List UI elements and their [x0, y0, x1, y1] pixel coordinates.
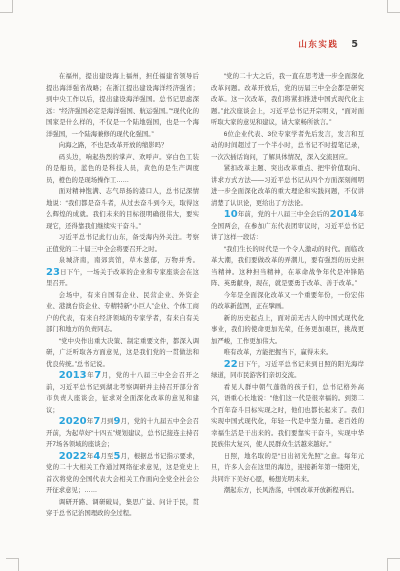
- text-run: 6位企业代表、3位专家学者先后发言，发言和互动的时间超过了一个半小时，总书记不时…: [211, 131, 364, 161]
- paragraph: 紧扣改革主题、突出改革重点、把牢价值取向、讲求方式方法——习近平总书记从四个方面…: [211, 163, 364, 209]
- text-run: 月到: [100, 418, 113, 425]
- paragraph: 2022年4月至5月，根据总书记指示要求，党的二十大相关工作通过网络征求意见，这…: [46, 451, 199, 497]
- highlight-number: 22: [224, 359, 238, 370]
- highlight-number: 5: [114, 451, 121, 462]
- text-run: 看见人群中朝气蓬勃的孩子们，总书记格外高兴，语重心长地说：“他们这一代是很幸福的…: [211, 384, 364, 449]
- paragraph: 调研开路、调研破局，集思广益、问计于民，贯穿于总书记治国理政的全过程。: [46, 497, 199, 520]
- paragraph: 唯有改革，方能把握当下，赢得未来。: [211, 347, 364, 359]
- paragraph: 码头边，响起热烈的掌声、欢呼声。穿白色工装的是船员，蓝色的是科技人员，黄色的是生…: [46, 152, 199, 187]
- paragraph: 向海之路，不也是改革开放的缩影吗？: [46, 140, 199, 152]
- paragraph: 面对精神饱满、志气昂扬的港口人，总书记深情地说：“我们都是奋斗者，从过去奋斗到今…: [46, 186, 199, 232]
- text-run: 面对精神饱满、志气昂扬的港口人，总书记深情地说：“我们都是奋斗者，从过去奋斗到今…: [46, 188, 199, 230]
- paragraph: 今年是全面深化改革又一个重要年份，一份宏伟的改革新蓝图，正在擘画。: [211, 290, 364, 313]
- page-number: 5: [351, 39, 358, 50]
- text-run: 在福州，提出建设海上福州，担任福建省领导后提出海洋强省战略；在浙江提出建设海洋经…: [46, 73, 199, 138]
- paragraph: 看见人群中朝气蓬勃的孩子们，总书记格外高兴，语重心长地说：“他们这一代是很幸福的…: [211, 382, 364, 451]
- paragraph: 在福州，提出建设海上福州，担任福建省领导后提出海洋强省战略；在浙江提出建设海洋经…: [46, 71, 199, 140]
- crop-mark-top-right: [387, 0, 400, 13]
- article-body: 在福州，提出建设海上福州，担任福建省领导后提出海洋强省战略；在浙江提出建设海洋经…: [46, 71, 364, 520]
- paragraph: 泉城济南，南郊宾馆，草木葱郁，万物并秀。23日下午，一场关于改革的企业和专家座谈…: [46, 255, 199, 290]
- text-run: “党的二十大之后，我一直在思考进一步全面深化改革问题。改革开放后，党的历届三中全…: [211, 73, 364, 126]
- text-run: 唯有改革，方能把握当下，赢得未来。: [224, 349, 333, 356]
- paragraph: “我们生长的时代是一个令人激动的时代。面临改革大潮，我们要做改革的弄潮儿，要有强…: [211, 244, 364, 290]
- magazine-page: { "header": { "section_label": "山东实践", "…: [0, 0, 400, 571]
- text-run: “党中央作出重大决策、制定重要文件，都深入调研，广泛听取各方面意见，这是我们党的…: [46, 338, 199, 368]
- section-title: 山东实践: [298, 38, 338, 50]
- paragraph: 10年前，党的十八届三中全会后的2014年全国两会，在参加广东代表团审议时，习近…: [211, 209, 364, 244]
- highlight-number: 9: [114, 416, 121, 427]
- paragraph: 2013年7月，党的十八届三中全会召开之前，习近平总书记到湖北考察调研并主持召开…: [46, 370, 199, 416]
- highlight-number: 23: [46, 267, 60, 278]
- text-column-right: “党的二十大之后，我一直在思考进一步全面深化改革问题。改革开放后，党的历届三中全…: [211, 71, 364, 520]
- text-run: 日照，地名取的是“日出初光先照”之意。每年元旦，许多人会在这里的海边，迎接新年第…: [211, 453, 364, 483]
- text-run: 年前，党的十八届三中全会后的: [238, 211, 330, 218]
- text-run: 会场中，有来自国有企业、民营企业、外资企业、港澳台资企业、专精特新“小巨人”企业…: [46, 292, 199, 334]
- crop-mark-bottom-left: [6, 558, 19, 571]
- crop-mark-top-left: [0, 0, 13, 13]
- paragraph: 会场中，有来自国有企业、民营企业、外资企业、港澳台资企业、专精特新“小巨人”企业…: [46, 290, 199, 336]
- text-run: 紧扣改革主题、突出改革重点、把牢价值取向、讲求方式方法——习近平总书记从四个方面…: [211, 165, 364, 207]
- text-run: 新的历史起点上，面对前无古人的中国式现代化事业，我们的使命更加光荣，任务更加艰巨…: [211, 315, 364, 345]
- paragraph: 6位企业代表、3位专家学者先后发言，发言和互动的时间超过了一个半小时，总书记不时…: [211, 129, 364, 164]
- text-run: 今年是全面深化改革又一个重要年份，一份宏伟的改革新蓝图，正在擘画。: [211, 292, 364, 311]
- text-run: 习近平总书记此行山东，备受海内外关注。考察正值党的二十届三中全会将要召开之时。: [46, 234, 199, 253]
- text-run: 泉城济南，南郊宾馆，草木葱郁，万物并秀。: [59, 257, 199, 264]
- highlight-number: 2013: [59, 370, 87, 381]
- paragraph: 潮起东方，长风浩荡，中国改革开放新程再启。: [211, 485, 364, 497]
- text-column-left: 在福州，提出建设海上福州，担任福建省领导后提出海洋强省战略；在浙江提出建设海洋经…: [46, 71, 199, 520]
- text-run: 调研开路、调研破局，集思广益、问计于民，贯穿于总书记治国理政的全过程。: [46, 499, 199, 518]
- text-run: 日下午，一场关于改革的企业和专家座谈会在这里召开。: [46, 269, 199, 288]
- highlight-number: 2014: [330, 209, 358, 220]
- text-run: 码头边，响起热烈的掌声、欢呼声。穿白色工装的是船员，蓝色的是科技人员，黄色的是生…: [46, 154, 199, 184]
- paragraph: 日照，地名取的是“日出初光先照”之意。每年元旦，许多人会在这里的海边，迎接新年第…: [211, 451, 364, 486]
- paragraph: 2020年7月到9月，党的十九届五中全会召开前，为起草好“十四五”规划建议，总书…: [46, 416, 199, 451]
- crop-mark-bottom-right: [387, 558, 400, 571]
- paragraph: 新的历史起点上，面对前无古人的中国式现代化事业，我们的使命更加光荣，任务更加艰巨…: [211, 313, 364, 348]
- highlight-number: 10: [224, 209, 238, 220]
- text-run: 潮起东方，长风浩荡，中国改革开放新程再启。: [224, 487, 358, 494]
- text-run: “我们生长的时代是一个令人激动的时代。面临改革大潮，我们要做改革的弄潮儿，要有强…: [211, 246, 364, 288]
- paragraph: 习近平总书记此行山东，备受海内外关注。考察正值党的二十届三中全会将要召开之时。: [46, 232, 199, 255]
- paragraph: “党中央作出重大决策、制定重要文件，都深入调研，广泛听取各方面意见，这是我们党的…: [46, 336, 199, 371]
- page-header: 山东实践 5: [298, 38, 358, 50]
- paragraph: 22日下午，习近平总书记来到日照的阳光海岸绿道，同市民游客们亲切交流。: [211, 359, 364, 382]
- paragraph: “党的二十大之后，我一直在思考进一步全面深化改革问题。改革开放后，党的历届三中全…: [211, 71, 364, 129]
- text-run: 月至: [100, 453, 113, 460]
- highlight-number: 2020: [59, 416, 87, 427]
- highlight-number: 2022: [59, 451, 87, 462]
- text-run: 向海之路，不也是改革开放的缩影吗？: [59, 142, 168, 149]
